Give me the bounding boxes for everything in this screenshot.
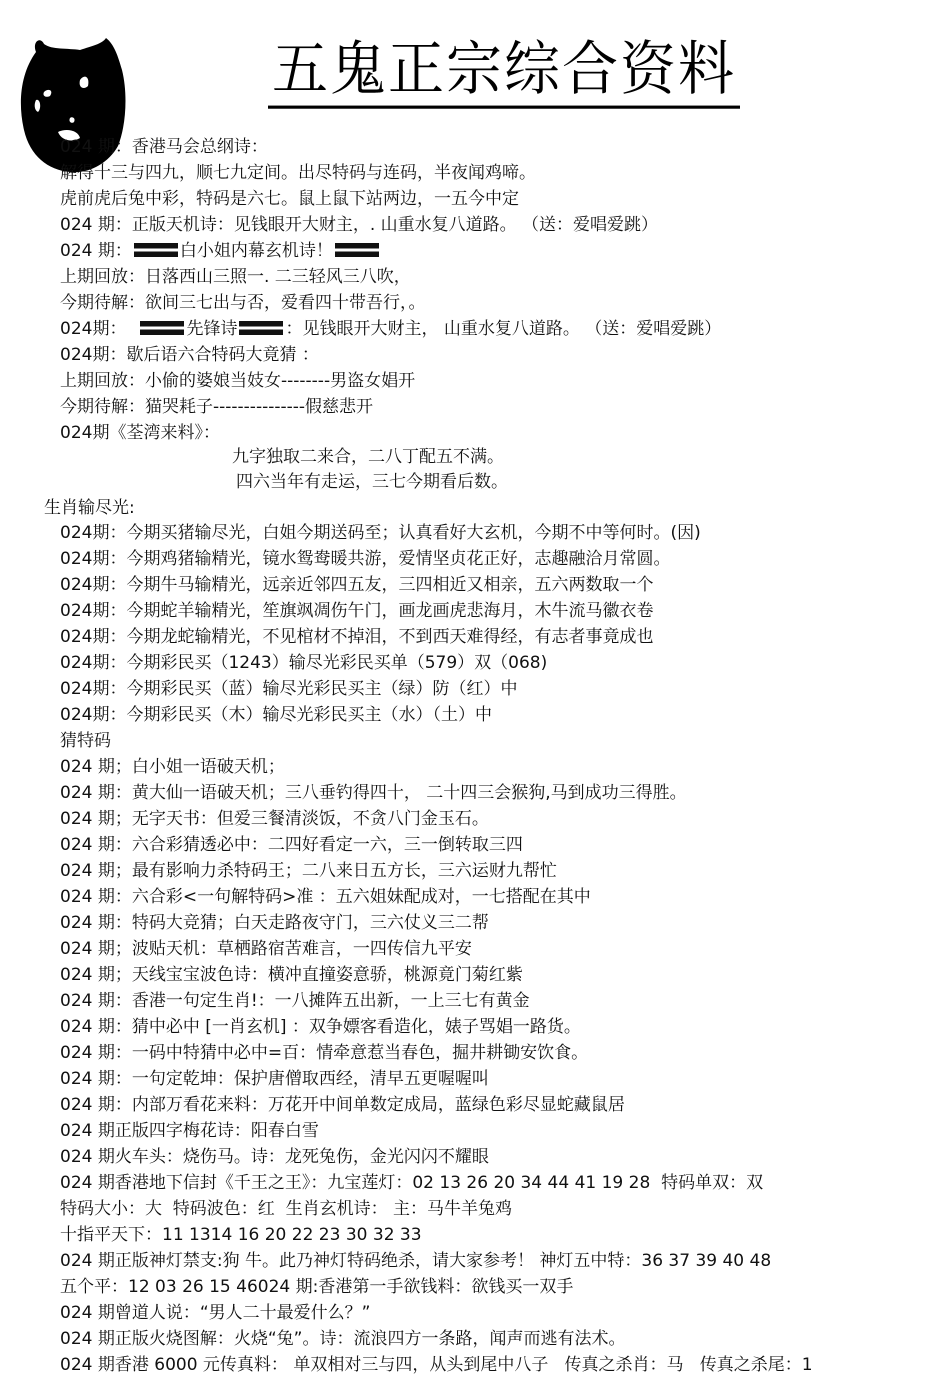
text-line: 024 期：香港马会总纲诗： bbox=[60, 136, 268, 158]
text-line: 024 期：六合彩猜透必中：二四好看定一六，三一倒转取三四 bbox=[60, 834, 523, 856]
text-line: 024期：歇后语六合特码大竟猜 ： bbox=[60, 344, 319, 366]
line-heading: 先锋诗 bbox=[186, 319, 237, 339]
text-line: 五个平：12 03 26 15 46024 期:香港第一手欲钱料：欲钱买一双手 bbox=[60, 1276, 573, 1298]
text-line: 024 期：内部万看花来料：万花开中间单数定成局，蓝绿色彩尽显蛇藏鼠居 bbox=[60, 1094, 625, 1116]
double-bar-icon bbox=[140, 321, 184, 335]
text-line: 024期：今期彩民买（蓝）输尽光彩民买主（绿）防（红）中 bbox=[60, 678, 517, 700]
text-line: 十指平天下：11 1314 16 20 22 23 30 32 33 bbox=[60, 1224, 422, 1246]
text-line: 024期：今期鸡猪输精光，镜水鸳鸯暖共游，爱情坚贞花正好，志趣融洽月常圆。 bbox=[60, 548, 670, 570]
text-line: 024 期曾道人说：“男人二十最爱什么？” bbox=[60, 1302, 370, 1324]
text-line: 024期：今期蛇羊输精光，笙旗飒凋伤午门，画龙画虎悲海月，木牛流马徽衣卷 bbox=[60, 600, 653, 622]
double-bar-icon bbox=[134, 243, 178, 257]
text-line: 024 期；波贴天机：草栖路宿苦难言，一四传信九平安 bbox=[60, 938, 472, 960]
text-line: 特码大小：大 特码波色：红 生肖玄机诗： 主：马牛羊兔鸡 bbox=[60, 1198, 512, 1220]
text-line: 024 期：香港一句定生肖!：一八摊阵五出新，一上三七有黄金 bbox=[60, 990, 530, 1012]
text-line: 024 期：正版天机诗：见钱眼开大财主，. 山重水复八道路。 （送：爱唱爱跳） bbox=[60, 214, 658, 236]
text-line: 024 期火车头：烧伤马。诗：龙死兔伤，金光闪闪不耀眼 bbox=[60, 1146, 489, 1168]
text-line: 四六当年有走运，三七今期看后数。 bbox=[236, 471, 508, 493]
text-line: 024 期：猜中必中 [一肖玄机] ：双争嫖客看造化，婊子骂娼一路货。 bbox=[60, 1016, 581, 1038]
text-line: 024 期香港 6000 元传真料： 单双相对三与四，从头到尾中八子 传真之杀肖… bbox=[60, 1354, 813, 1376]
text-line: 024 期正版神灯禁支:狗 牛。此乃神灯特码绝杀，请大家参考！ 神灯五中特：36… bbox=[60, 1250, 771, 1272]
text-line: 虎前虎后兔中彩，特码是六七。鼠上鼠下站两边，一五今中定 bbox=[60, 188, 519, 210]
text-line: 024 期：黄大仙一语破天机；三八垂钓得四十， 二十四三会猴狗,马到成功三得胜。 bbox=[60, 782, 687, 804]
line-prefix: 024 期： bbox=[60, 241, 132, 261]
text-line: 今期待解：猫哭耗子---------------假慈悲开 bbox=[60, 396, 373, 418]
text-line: 024期《荃湾来料》： bbox=[60, 422, 220, 444]
text-line: 今期待解：欲间三七出与否，爱看四十带吾行，。 bbox=[60, 292, 426, 314]
double-bar-icon bbox=[239, 321, 283, 335]
text-line: 024 期：特码大竞猜；白天走路夜守门，三六仗义三二帮 bbox=[60, 912, 489, 934]
text-line: 024 期：一码中特猜中必中=百：情牵意惹当春色，掘井耕锄安饮食。 bbox=[60, 1042, 588, 1064]
text-line: 024 期：六合彩<一句解特码>准 ：五六姐妹配成对，一七搭配在其中 bbox=[60, 886, 591, 908]
text-line: 解得十三与四九，顺七九定间。出尽特码与连码，半夜闻鸡啼。 bbox=[60, 162, 536, 184]
text-line: 024期：今期彩民买（1243）输尽光彩民买单（579）双（068) bbox=[60, 652, 547, 674]
text-line: 024 期香港地下信封《千王之王》：九宝莲灯：02 13 26 20 34 44… bbox=[60, 1172, 763, 1194]
text-line: 024 期；无字天书：但爱三餐清淡饭，不贪八门金玉石。 bbox=[60, 808, 489, 830]
line-heading: 白小姐内幕玄机诗！ bbox=[180, 241, 333, 261]
text-line: 024期：今期龙蛇输精光，不见棺材不掉泪，不到西天难得经，有志者事竟成也 bbox=[60, 626, 653, 648]
text-line: 024 期；天线宝宝波色诗：横冲直撞姿意骄，桃源竟门菊红紫 bbox=[60, 964, 523, 986]
text-line: 上期回放：小偷的婆娘当妓女--------男盗女娼开 bbox=[60, 370, 415, 392]
text-line: 024 期：白小姐内幕玄机诗！ bbox=[60, 240, 381, 262]
line-suffix: ：见钱眼开大财主， 山重水复八道路。 （送：爱唱爱跳） bbox=[285, 319, 721, 339]
text-line: 生肖输尽光: bbox=[44, 497, 135, 519]
text-line: 024期：今期买猪输尽光，白姐今期送码至；认真看好大玄机，今期不中等何时。(因) bbox=[60, 522, 701, 544]
text-line: 024 期正版火烧图解：火烧“兔”。诗：流浪四方一条路，闻声而逃有法术。 bbox=[60, 1328, 625, 1350]
text-line: 024期：今期牛马输精光，远亲近邻四五友，三四相近又相亲，五六两数取一个 bbox=[60, 574, 653, 596]
text-line: 上期回放：日落西山三照一. 二三轻风三八吹， bbox=[60, 266, 411, 288]
line-prefix: 024期： bbox=[60, 319, 126, 339]
text-line: 024 期；白小姐一语破天机； bbox=[60, 756, 285, 778]
text-line: 024 期正版四字梅花诗：阳春白雪 bbox=[60, 1120, 319, 1142]
text-line: 九字独取二来合，二八丁配五不满。 bbox=[232, 446, 504, 468]
text-line: 024 期：一句定乾坤：保护唐僧取西经，清早五更喔喔叫 bbox=[60, 1068, 489, 1090]
double-bar-icon bbox=[335, 243, 379, 257]
text-line: 024 期；最有影响力杀特码王；二八来日五方长，三六运财九帮忙 bbox=[60, 860, 557, 882]
page-title: 五鬼正宗综合资料 bbox=[268, 36, 740, 108]
text-line: 024期：先锋诗：见钱眼开大财主， 山重水复八道路。 （送：爱唱爱跳） bbox=[60, 318, 721, 340]
text-line: 猜特码 bbox=[60, 730, 111, 752]
text-line: 024期：今期彩民买（木）输尽光彩民买主（水）（土）中 bbox=[60, 704, 492, 726]
